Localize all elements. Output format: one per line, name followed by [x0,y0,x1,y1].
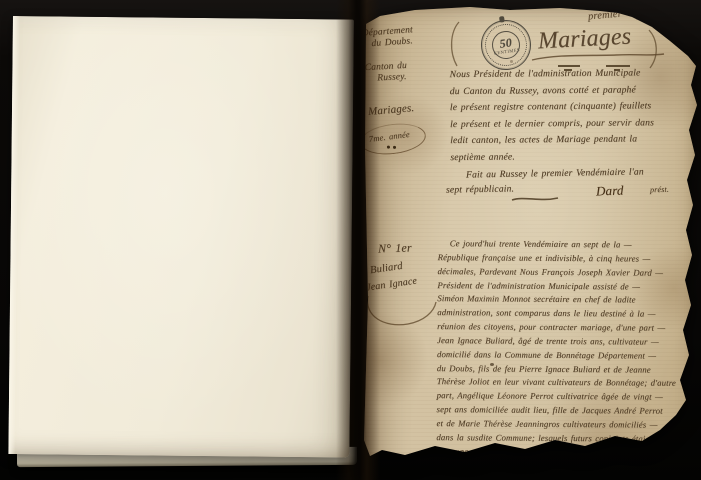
manuscript-paper: 50 Centimes premier Mariages Dépa [360,0,701,480]
page-edge-shading [360,0,701,480]
right-manuscript-page: 50 Centimes premier Mariages Dépa [360,0,701,480]
register-book-photograph: 50 Centimes premier Mariages Dépa [0,0,701,480]
left-blank-page [8,16,354,458]
